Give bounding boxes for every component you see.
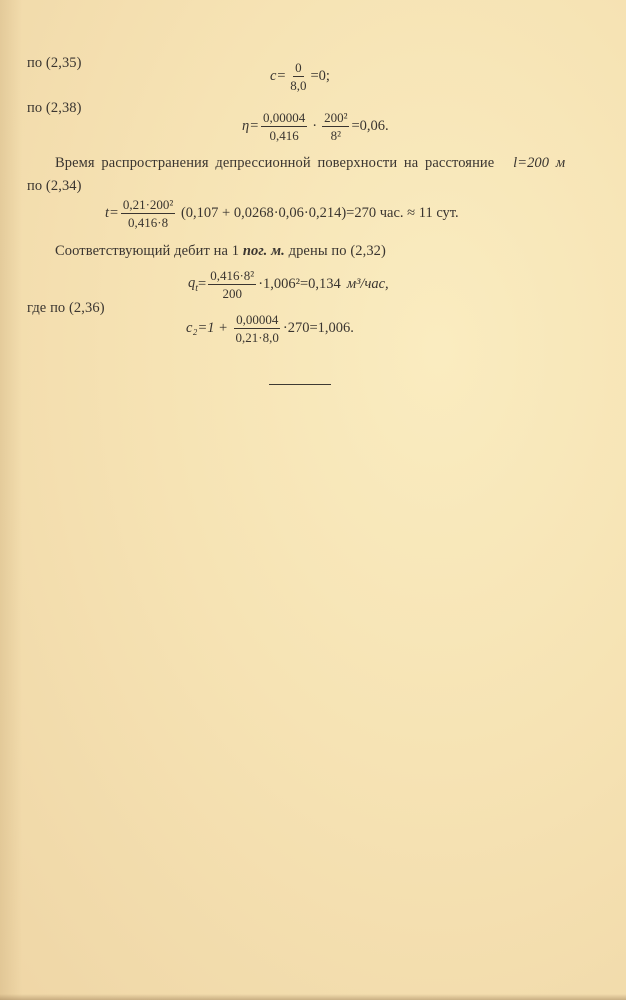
distance-unit: м — [556, 155, 565, 171]
eq-q-fraction: 0,416·8² 200 — [208, 268, 256, 301]
eq-eta-rhs: =0,06. — [351, 118, 388, 135]
eq-t-lhs: t= — [105, 205, 119, 222]
eq-c2-denominator: 0,21·8,0 — [234, 329, 281, 345]
equation-eta: η= 0,00004 0,416 · 200² 8² =0,06. — [242, 110, 389, 143]
eq-eta-num2: 200² — [322, 110, 349, 127]
eq-q-numerator: 0,416·8² — [208, 268, 256, 285]
paragraph-text: Время распространения депрессионной пове… — [55, 155, 494, 171]
eq-q-unit: м³/час, — [347, 276, 389, 293]
eq-c-denominator: 8,0 — [288, 77, 308, 93]
eq-c2-lhs: c₂=1 + — [186, 320, 232, 337]
distance-value: l=200 — [513, 155, 549, 171]
eq-q-equals: = — [198, 276, 206, 293]
equation-c: c= 0 8,0 =0; — [270, 60, 330, 93]
eq-c-lhs: c= — [270, 68, 286, 85]
reference-2-36: где по (2,36) — [27, 300, 105, 317]
eq-c2-fraction: 0,00004 0,21·8,0 — [234, 312, 281, 345]
eq-c2-numerator: 0,00004 — [234, 312, 280, 329]
eq-c-fraction: 0 8,0 — [288, 60, 308, 93]
eq-t-numerator: 0,21·200² — [121, 197, 175, 214]
eq-t-fraction: 0,21·200² 0,416·8 — [121, 197, 175, 230]
discharge-text-c: дрены по (2,32) — [289, 243, 386, 259]
discharge-unit: пог. м. — [243, 243, 285, 259]
equation-q: qt = 0,416·8² 200 ·1,006²=0,134 м³/час, — [188, 268, 389, 301]
reference-2-35: по (2,35) — [27, 55, 82, 72]
eq-eta-fraction-1: 0,00004 0,416 — [261, 110, 307, 143]
eq-q-lhs: qt — [188, 275, 198, 294]
eq-c2-rhs: ·270=1,006. — [283, 320, 354, 337]
eq-q-denominator: 200 — [220, 285, 244, 301]
equation-c2: c₂=1 + 0,00004 0,21·8,0 ·270=1,006. — [186, 312, 354, 345]
eq-eta-num1: 0,00004 — [261, 110, 307, 127]
paragraph-discharge: Соответствующий дебит на 1 пог. м. дрены… — [55, 243, 386, 260]
eq-eta-den1: 0,416 — [267, 127, 300, 143]
eq-eta-lhs: η= — [242, 118, 259, 135]
eq-c-numerator: 0 — [293, 60, 304, 77]
eq-c-rhs: =0; — [310, 68, 329, 85]
section-divider — [269, 384, 331, 385]
page-bottom-edge — [0, 994, 626, 1000]
eq-eta-den2: 8² — [329, 127, 343, 143]
eq-eta-fraction-2: 200² 8² — [322, 110, 349, 143]
reference-2-34: по (2,34) — [27, 178, 82, 195]
paragraph-propagation: Время распространения депрессионной пове… — [55, 155, 565, 172]
page-edge-shadow — [0, 0, 22, 1000]
discharge-text-a: Соответствующий дебит на 1 — [55, 243, 239, 259]
eq-t-rhs: (0,107 + 0,0268·0,06·0,214)=270 час. ≈ 1… — [177, 205, 458, 222]
eq-q-rhs: ·1,006²=0,134 — [258, 276, 341, 293]
reference-2-38: по (2,38) — [27, 100, 82, 117]
eq-t-denominator: 0,416·8 — [126, 214, 170, 230]
equation-t: t= 0,21·200² 0,416·8 (0,107 + 0,0268·0,0… — [105, 197, 459, 230]
eq-eta-dot: · — [312, 118, 317, 135]
